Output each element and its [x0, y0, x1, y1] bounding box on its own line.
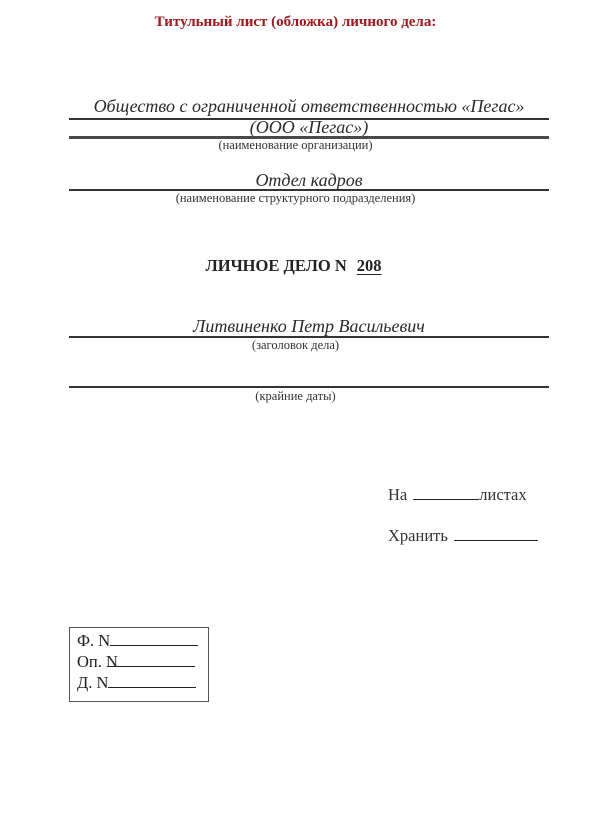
stamp-row-fund: Ф. N — [77, 630, 208, 651]
sheets-prefix: На — [388, 485, 407, 504]
organization-caption: (наименование организации) — [0, 138, 591, 153]
retention-label: Хранить — [388, 526, 448, 545]
stamp-row-inventory: Оп. N — [77, 651, 208, 672]
case-number-heading: ЛИЧНОЕ ДЕЛО N208 — [0, 256, 591, 276]
organization-full-name: Общество с ограниченной ответственностью… — [69, 96, 549, 117]
organization-short-name: (ООО «Пегас») — [69, 117, 549, 138]
stamp-file-blank — [108, 673, 196, 688]
stamp-row-file: Д. N — [77, 672, 208, 693]
dates-caption: (крайние даты) — [0, 389, 591, 404]
stamp-fund-label: Ф. N — [77, 631, 110, 650]
sheets-count-blank — [413, 485, 479, 500]
department-name: Отдел кадров — [69, 170, 549, 191]
sheets-count-field: Налистах — [388, 485, 527, 505]
case-title-value: Литвиненко Петр Васильевич — [69, 316, 549, 337]
archive-stamp-box: Ф. N Оп. N Д. N — [69, 627, 209, 702]
retention-field: Хранить — [388, 526, 538, 546]
page-title: Титульный лист (обложка) личного дела: — [0, 14, 591, 31]
stamp-file-label: Д. N — [77, 673, 108, 692]
stamp-fund-blank — [110, 631, 198, 646]
sheets-suffix: листах — [479, 485, 526, 504]
case-number-label: ЛИЧНОЕ ДЕЛО N — [205, 256, 346, 275]
case-number-value: 208 — [347, 256, 386, 276]
dates-line — [69, 386, 549, 388]
department-caption: (наименование структурного подразделения… — [0, 191, 591, 206]
stamp-inventory-blank — [107, 652, 195, 667]
retention-blank — [454, 526, 538, 541]
case-title-caption: (заголовок дела) — [0, 338, 591, 353]
